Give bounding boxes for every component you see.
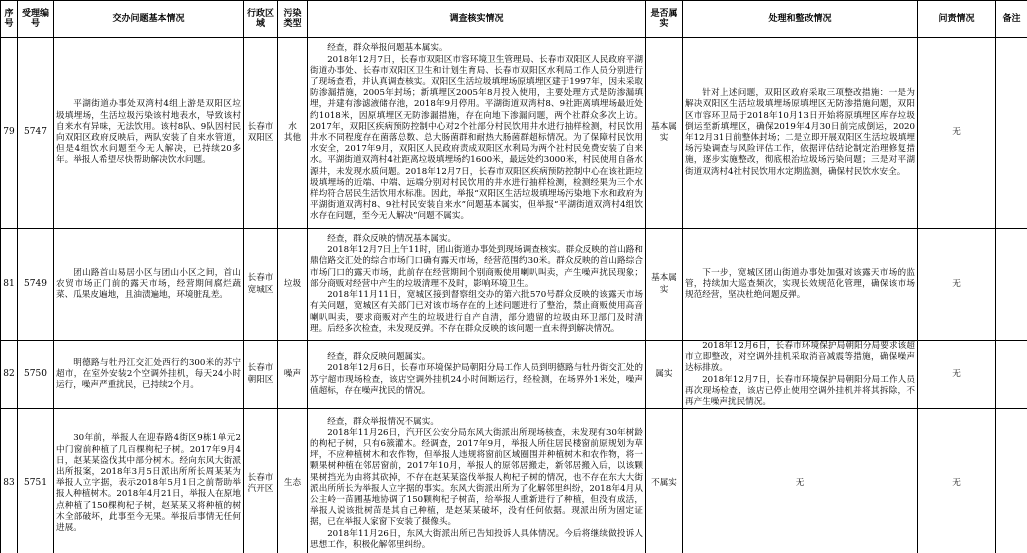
investigation-paragraph: 经查，群众反映的情况基本属实。 [310, 234, 643, 245]
cell-issue: 30年前，举报人在迎春路4街区9栋1单元2中门窗前种植了几百棵枸杞子树。2017… [54, 409, 244, 553]
investigation-paragraph: 2018年11月11日，宽城区接到督察组交办的第六批570号群众反映的该露天市场… [310, 290, 643, 335]
cell-case-no: 5749 [18, 229, 54, 341]
complaint-handling-table: 序号 受理编号 交办问题基本情况 行政区域 污染类型 调查核实情况 是否属实 处… [0, 0, 1027, 553]
header-remarks: 备注 [996, 1, 1027, 38]
cell-issue: 明德路与牡丹江交汇处西行约300米的苏宁超市，在室外安装2个空调外挂机，每天24… [54, 341, 244, 409]
cell-issue: 团山路首山易居小区与团山小区之间，首山农贸市场正门前的露天市场，经营期间腐烂蔬菜… [54, 229, 244, 341]
cell-handling: 2018年12月6日，长春市环境保护局朝阳分局要求该超市立即整改，对空调外挂机采… [683, 341, 918, 409]
investigation-paragraph: 2018年11月26日，汽开区公安分局东风大街派出所现场核查，未发现有30年树龄… [310, 428, 643, 529]
investigation-paragraph: 2018年12月7日，长春市双阳区市容环境卫生管理局、长春市双阳区人民政府平湖街… [310, 55, 643, 223]
header-verified: 是否属实 [646, 1, 683, 38]
cell-remarks [996, 409, 1027, 553]
header-accountability: 问责情况 [918, 1, 996, 38]
cell-verified: 属实 [646, 341, 683, 409]
investigation-paragraph: 2018年11月26日，东风大街派出所已告知投诉人具体情况。今后将继续做投诉人思… [310, 529, 643, 551]
cell-handling: 下一步，宽城区团山街道办事处加强对该露天市场的监管，持续加大巡查频次，实现长效规… [683, 229, 918, 341]
handling-paragraph: 无 [685, 478, 915, 489]
table-row: 81 5749 团山路首山易居小区与团山小区之间，首山农贸市场正门前的露天市场，… [1, 229, 1027, 341]
handling-paragraph: 下一步，宽城区团山街道办事处加强对该露天市场的监管，持续加大巡查频次，实现长效规… [685, 268, 915, 302]
header-row: 序号 受理编号 交办问题基本情况 行政区域 污染类型 调查核实情况 是否属实 处… [1, 1, 1027, 38]
investigation-paragraph: 2018年12月7日上午11时，团山街道办事处到现场调查核实。群众反映的首山路和… [310, 245, 643, 290]
investigation-paragraph: 经查，群众举报情况不属实。 [310, 417, 643, 428]
cell-investigation: 经查，群众举报情况不属实。 2018年11月26日，汽开区公安分局东风大街派出所… [308, 409, 646, 553]
cell-pollution-type: 生态 [278, 409, 308, 553]
cell-accountability: 无 [918, 38, 996, 229]
cell-accountability: 无 [918, 409, 996, 553]
cell-investigation: 经查，群众举报问题基本属实。 2018年12月7日，长春市双阳区市容环境卫生管理… [308, 38, 646, 229]
header-investigation: 调查核实情况 [308, 1, 646, 38]
cell-investigation: 经查，群众反映的情况基本属实。 2018年12月7日上午11时，团山街道办事处到… [308, 229, 646, 341]
cell-seq: 82 [1, 341, 18, 409]
table-row: 83 5751 30年前，举报人在迎春路4街区9栋1单元2中门窗前种植了几百棵枸… [1, 409, 1027, 553]
investigation-paragraph: 经查，群众举报问题基本属实。 [310, 43, 643, 54]
header-issue: 交办问题基本情况 [54, 1, 244, 38]
issue-text: 平湖街道办事处双湾村4组上游是双阳区垃圾填埋场，生活垃圾污染该村地表水，导致该村… [56, 99, 241, 166]
cell-remarks [996, 341, 1027, 409]
investigation-paragraph: 2018年12月6日，长春市环境保护局朝阳分局工作人员到明德路与牡丹街交汇处的苏… [310, 363, 643, 397]
cell-region: 长春市汽开区 [244, 409, 278, 553]
investigation-paragraph: 经查，群众反映问题属实。 [310, 352, 643, 363]
header-region: 行政区域 [244, 1, 278, 38]
cell-region: 长春市宽城区 [244, 229, 278, 341]
cell-handling: 针对上述问题，双阳区政府采取三项整改措施：一是为解决双阳区生活垃圾填埋场原填埋区… [683, 38, 918, 229]
header-case-no: 受理编号 [18, 1, 54, 38]
table-row: 79 5747 平湖街道办事处双湾村4组上游是双阳区垃圾填埋场，生活垃圾污染该村… [1, 38, 1027, 229]
issue-text: 30年前，举报人在迎春路4街区9栋1单元2中门窗前种植了几百棵枸杞子树。2017… [56, 433, 241, 534]
header-handling: 处理和整改情况 [683, 1, 918, 38]
cell-remarks [996, 38, 1027, 229]
cell-investigation: 经查，群众反映问题属实。 2018年12月6日，长春市环境保护局朝阳分局工作人员… [308, 341, 646, 409]
cell-seq: 83 [1, 409, 18, 553]
header-seq: 序号 [1, 1, 18, 38]
cell-verified: 基本属实 [646, 229, 683, 341]
cell-seq: 79 [1, 38, 18, 229]
issue-text: 明德路与牡丹江交汇处西行约300米的苏宁超市，在室外安装2个空调外挂机，每天24… [56, 358, 241, 392]
cell-pollution-type: 噪声 [278, 341, 308, 409]
cell-case-no: 5751 [18, 409, 54, 553]
cell-verified: 不属实 [646, 409, 683, 553]
issue-text: 团山路首山易居小区与团山小区之间，首山农贸市场正门前的露天市场，经营期间腐烂蔬菜… [56, 268, 241, 302]
handling-paragraph: 针对上述问题，双阳区政府采取三项整改措施：一是为解决双阳区生活垃圾填埋场原填埋区… [685, 88, 915, 178]
cell-case-no: 5750 [18, 341, 54, 409]
cell-handling: 无 [683, 409, 918, 553]
cell-verified: 基本属实 [646, 38, 683, 229]
header-pollution-type: 污染类型 [278, 1, 308, 38]
cell-region: 长春市朝阳区 [244, 341, 278, 409]
cell-seq: 81 [1, 229, 18, 341]
table-row: 82 5750 明德路与牡丹江交汇处西行约300米的苏宁超市，在室外安装2个空调… [1, 341, 1027, 409]
cell-remarks [996, 229, 1027, 341]
cell-pollution-type: 垃圾 [278, 229, 308, 341]
cell-region: 长春市双阳区 [244, 38, 278, 229]
handling-paragraph: 2018年12月6日，长春市环境保护局朝阳分局要求该超市立即整改，对空调外挂机采… [685, 341, 915, 375]
cell-accountability: 无 [918, 341, 996, 409]
handling-paragraph: 2018年12月7日，长春市环境保护局朝阳分局工作人员再次现场检查，该店已停止使… [685, 375, 915, 409]
cell-case-no: 5747 [18, 38, 54, 229]
cell-pollution-type: 水 其他 [278, 38, 308, 229]
cell-issue: 平湖街道办事处双湾村4组上游是双阳区垃圾填埋场，生活垃圾污染该村地表水，导致该村… [54, 38, 244, 229]
cell-accountability: 无 [918, 229, 996, 341]
